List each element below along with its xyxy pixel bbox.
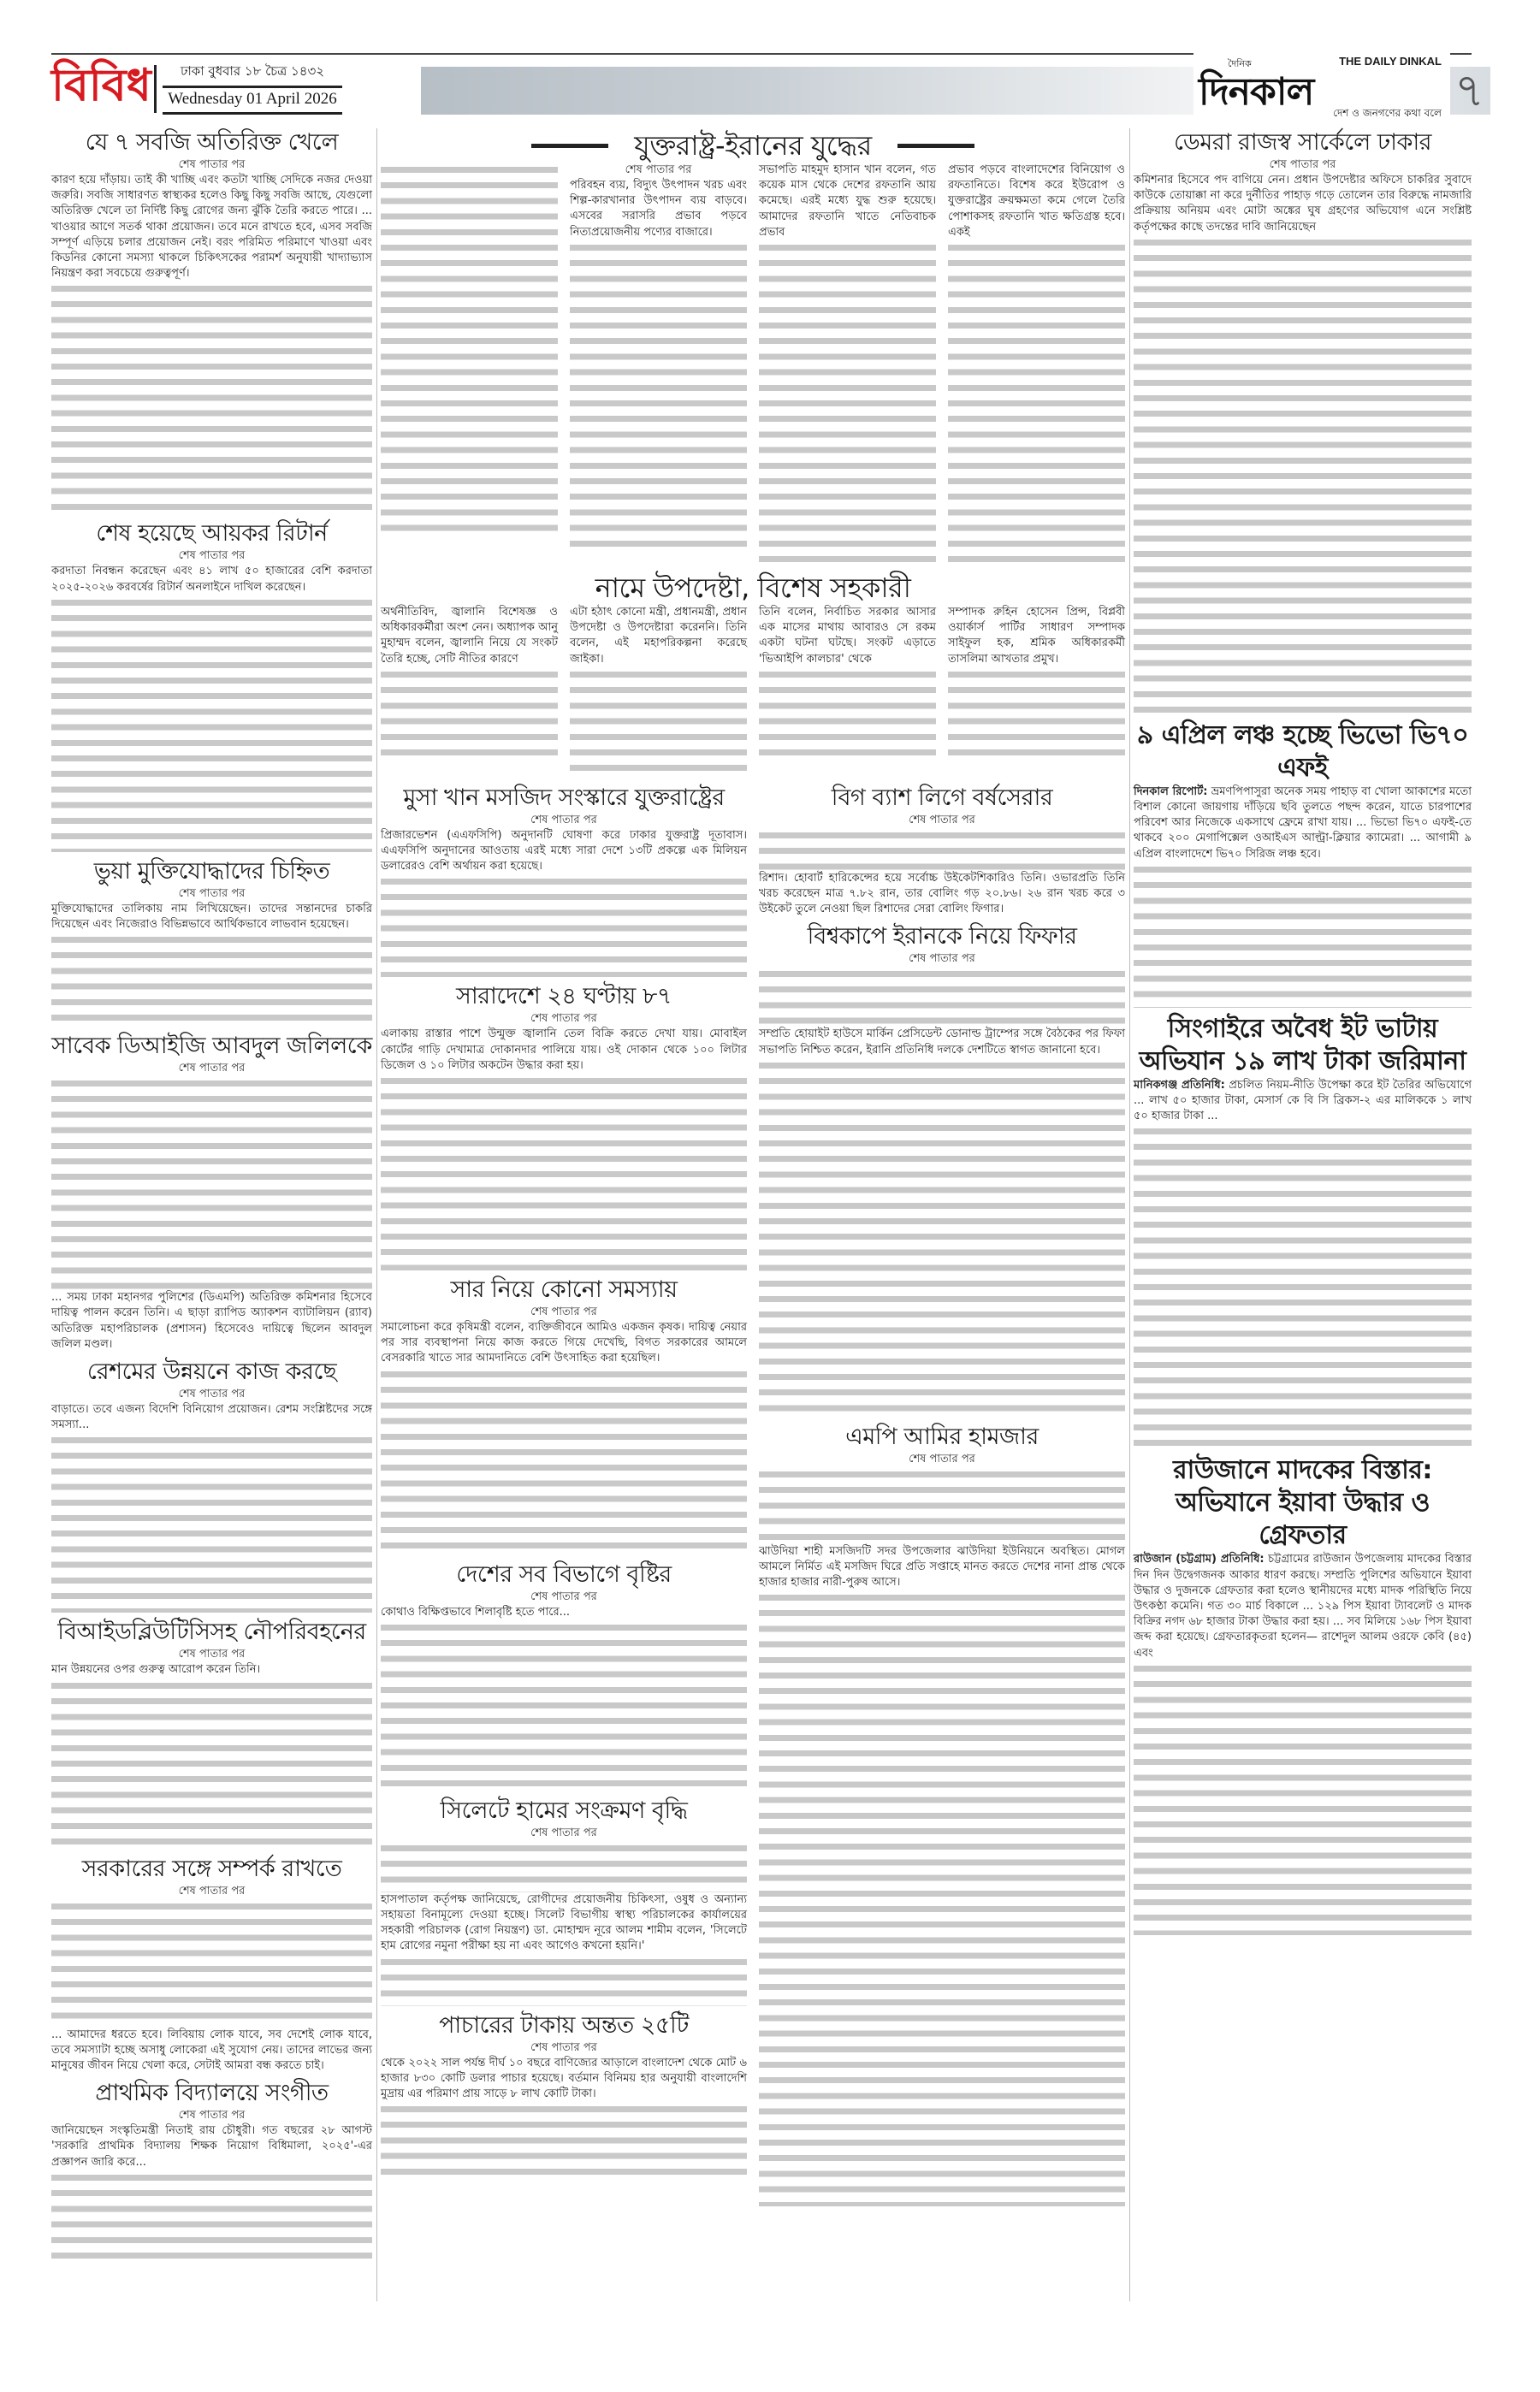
headline: রেশমের উন্নয়নে কাজ করছে: [51, 1358, 372, 1387]
headline: যুক্তরাষ্ট্র-ইরানের যুদ্ধের: [634, 128, 871, 163]
headline: সিলেটে হামের সংক্রমণ বৃদ্ধি: [381, 1797, 747, 1826]
article-body: ঝাউদিয়া শাহী মসজিদটি সদর উপজেলার ঝাউদিয…: [759, 1544, 1125, 1591]
article-body: দিনকাল রিপোর্ট: ভ্রমণপিপাসুরা অনেক সময় …: [1134, 785, 1472, 862]
article-body-left: [381, 163, 558, 539]
headline: রাউজানে মাদকের বিস্তার: অভিযানে ইয়াবা উ…: [1134, 1454, 1472, 1552]
article-vivo-launch[interactable]: ৯ এপ্রিল লঞ্চ হচ্ছে ভিভো ভি৭০ এফই দিনকাল…: [1134, 719, 1472, 1008]
article-body: কারণ হয়ে দাঁড়ায়। তাই কী খাচ্ছি এবং কত…: [51, 173, 372, 281]
section-name: বিবিধ: [51, 60, 151, 111]
headline: সার নিয়ে কোনো সমস্যায়: [381, 1276, 747, 1305]
column-rule: [376, 128, 377, 2301]
article-body-continued: [570, 667, 747, 779]
article-body-continued: [381, 1074, 747, 1270]
article-body-continued: [381, 1841, 747, 1892]
jump-label: শেষ পাতার পর: [381, 1011, 747, 1027]
article-body-continued: [51, 1076, 372, 1290]
headline: প্রাথমিক বিদ্যালয়ে সংগীত: [51, 2079, 372, 2108]
headline: সারাদেশে ২৪ ঘণ্টায় ৮৭: [381, 982, 747, 1011]
headline: ৯ এপ্রিল লঞ্চ হচ্ছে ভিভো ভি৭০ এফই: [1134, 719, 1472, 785]
newspaper-logo: দৈনিক THE DAILY DINKAL দিনকাল দেশ ও জনগণ…: [1193, 51, 1450, 123]
jump-label: শেষ পাতার পর: [1134, 157, 1472, 173]
column-left: যে ৭ সবজি অতিরিক্ত খেলে শেষ পাতার পর কার…: [51, 128, 372, 2270]
article-body: তিনি বলেন, নির্বাচিত সরকার আসার এক মাসের…: [759, 605, 936, 667]
headline: ডেমরা রাজস্ব সার্কেলে ঢাকার: [1134, 128, 1472, 157]
byline: মানিকগঞ্জ প্রতিনিধি:: [1134, 1079, 1225, 1092]
article-body: থেকে ২০২২ সাল পর্যন্ত দীর্ঘ ১০ বছরে বাণি…: [381, 2056, 747, 2103]
byline: দিনকাল রিপোর্ট:: [1134, 785, 1207, 798]
byline: রাউজান (চট্টগ্রাম) প্রতিনিধি:: [1134, 1553, 1265, 1566]
article-body: অর্থনীতিবিদ, জ্বালানি বিশেষজ্ঞ ও অধিকারক…: [381, 605, 558, 667]
article-body: সম্পাদক রুহিন হোসেন প্রিন্স, বিপ্লবী ওয়…: [948, 605, 1125, 667]
jump-label: শেষ পাতার পর: [51, 548, 372, 564]
headline: সিংগাইরে অবৈধ ইট ভাটায় অভিযান ১৯ লাখ টা…: [1134, 1013, 1472, 1078]
article-raozan-drugs[interactable]: রাউজানে মাদকের বিস্তার: অভিযানে ইয়াবা উ…: [1134, 1454, 1472, 1934]
article-body-continued: [381, 1620, 747, 1791]
article-musa-khan-mosque[interactable]: মুসা খান মসজিদ সংস্কারে যুক্তরাষ্ট্রের শ…: [381, 784, 747, 978]
article-govt-relations[interactable]: সরকারের সঙ্গে সম্পর্ক রাখতে শেষ পাতার পর…: [51, 1855, 372, 2075]
article-body-continued: [381, 2102, 747, 2179]
article-body: মানিকগঞ্জ প্রতিনিধি: প্রচলিত নিয়ম-নীতি …: [1134, 1078, 1472, 1125]
column-right: ডেমরা রাজস্ব সার্কেলে ঢাকার শেষ পাতার পর…: [1134, 128, 1472, 1940]
article-body: প্রিজারভেশন (এএফসিপি) অনুদানটি ঘোষণা করে…: [381, 828, 747, 875]
article-vegetables[interactable]: যে ৭ সবজি অতিরিক্ত খেলে শেষ পাতার পর কার…: [51, 128, 372, 514]
article-body-continued: [51, 1679, 372, 1850]
logo-tagline: দেশ ও জনগণের কথা বলে: [1333, 106, 1442, 123]
article-bbl-award[interactable]: বিগ ব্যাশ লিগে বর্ষসেরার শেষ পাতার পর রি…: [759, 784, 1125, 918]
jump-label: শেষ পাতার পর: [381, 1826, 747, 1841]
headline: এমপি আমির হামজার: [759, 1423, 1125, 1452]
headline: নামে উপদেষ্টা, বিশেষ সহকারী: [381, 571, 1125, 605]
article-body-continued: [51, 1433, 372, 1613]
article-tax-return[interactable]: শেষ হয়েছে আয়কর রিটার্ন শেষ পাতার পর কর…: [51, 519, 372, 851]
date-bengali: ঢাকা বুধবার ১৮ চৈত্র ১৪৩২: [163, 62, 342, 88]
page-number: ৭: [1454, 65, 1484, 116]
article-24-hours[interactable]: সারাদেশে ২৪ ঘণ্টায় ৮৭ শেষ পাতার পর এলাক…: [381, 982, 747, 1270]
article-fake-freedom-fighters[interactable]: ভুয়া মুক্তিযোদ্ধাদের চিহ্নিত শেষ পাতার …: [51, 857, 372, 1027]
article-body: জানিয়েছেন সংস্কৃতিমন্ত্রী নিতাই রায় চৌ…: [51, 2123, 372, 2170]
article-text: চট্টগ্রামের রাউজান উপজেলায় মাদকের বিস্ত…: [1134, 1553, 1472, 1659]
article-body: কোথাও বিক্ষিপ্তভাবে শিলাবৃষ্টি হতে পারে.…: [381, 1605, 747, 1620]
jump-label: শেষ পাতার পর: [51, 1061, 372, 1076]
article-body: মান উন্নয়নের ওপর গুরুত্ব আরোপ করেন তিনি…: [51, 1662, 372, 1678]
date-block: ঢাকা বুধবার ১৮ চৈত্র ১৪৩২ Wednesday 01 A…: [163, 62, 342, 115]
headline: বিশ্বকাপে ইরানকে নিয়ে ফিফার: [759, 922, 1125, 951]
headline: মুসা খান মসজিদ সংস্কারে যুক্তরাষ্ট্রের: [381, 784, 747, 813]
article-body-continued: [759, 967, 1125, 1027]
article-body-continued: [51, 933, 372, 1027]
headline: সাবেক ডিআইজি আবদুল জলিলকে: [51, 1032, 372, 1061]
column-rule: [1129, 128, 1130, 2301]
article-former-dig[interactable]: সাবেক ডিআইজি আবদুল জলিলকে শেষ পাতার পর .…: [51, 1032, 372, 1353]
article-primary-school-music[interactable]: প্রাথমিক বিদ্যালয়ে সংগীত শেষ পাতার পর জ…: [51, 2079, 372, 2265]
article-body-continued: [381, 874, 747, 977]
article-body: বাড়াতে। তবে এজন্য বিদেশি বিনিয়োগ প্রয়…: [51, 1402, 372, 1433]
article-demra-revenue[interactable]: ডেমরা রাজস্ব সার্কেলে ঢাকার শেষ পাতার পর…: [1134, 128, 1472, 714]
article-advisers[interactable]: নামে উপদেষ্টা, বিশেষ সহকারী অর্থনীতিবিদ,…: [381, 571, 1125, 779]
article-body-continued: [759, 1590, 1125, 2206]
article-laundered-money[interactable]: পাচারের টাকায় অন্তত ২৫টি শেষ পাতার পর থ…: [381, 2011, 747, 2180]
headline: ভুয়া মুক্তিযোদ্ধাদের চিহ্নিত: [51, 857, 372, 886]
article-body-continued: [759, 828, 1125, 871]
headline-rule: [531, 144, 608, 148]
article-body: প্রভাব পড়বে বাংলাদেশের বিনিয়োগ ও রফতান…: [948, 163, 1125, 240]
jump-label: শেষ পাতার পর: [759, 1452, 1125, 1467]
article-body: কমিশনার হিসেবে পদ বাগিয়ে নেন। প্রধান উপ…: [1134, 173, 1472, 235]
jump-label: শেষ পাতার পর: [51, 157, 372, 173]
jump-label: শেষ পাতার পর: [381, 2040, 747, 2056]
article-body: এটা হঠাৎ কোনো মন্ত্রী, প্রধানমন্ত্রী, প্…: [570, 605, 747, 667]
article-body-continued: [51, 2170, 372, 2265]
headline: যে ৭ সবজি অতিরিক্ত খেলে: [51, 128, 372, 157]
article-rain[interactable]: দেশের সব বিভাগে বৃষ্টির শেষ পাতার পর কোথ…: [381, 1560, 747, 1791]
article-measles-sylhet[interactable]: সিলেটে হামের সংক্রমণ বৃদ্ধি শেষ পাতার পর…: [381, 1797, 747, 2006]
article-biwtc[interactable]: বিআইডব্লিউটিসিসহ নৌপরিবহনের শেষ পাতার পর…: [51, 1618, 372, 1849]
article-body: এলাকায় রাস্তার পাশে উন্মুক্ত জ্বালানি ত…: [381, 1027, 747, 1074]
article-us-iran-war[interactable]: যুক্তরাষ্ট্র-ইরানের যুদ্ধের শেষ পাতার পর…: [381, 128, 1125, 565]
jump-label: শেষ পাতার পর: [759, 951, 1125, 967]
headline: দেশের সব বিভাগে বৃষ্টির: [381, 1560, 747, 1590]
jump-label: শেষ পাতার পর: [381, 1305, 747, 1320]
jump-label: শেষ পাতার পর: [51, 1387, 372, 1402]
article-body: করদাতা নিবন্ধন করেছেন এবং ৪১ লাখ ৫০ হাজা…: [51, 564, 372, 595]
masthead: বিবিধ ঢাকা বুধবার ১৮ চৈত্র ১৪৩২ Wednesda…: [51, 53, 1472, 115]
article-body-continued: [381, 1367, 747, 1555]
jump-label: শেষ পাতার পর: [381, 1590, 747, 1605]
article-body: ... সময় ঢাকা মহানগর পুলিশের (ডিএমপি) অত…: [51, 1290, 372, 1353]
article-singair-brick-kiln[interactable]: সিংগাইরে অবৈধ ইট ভাটায় অভিযান ১৯ লাখ টা…: [1134, 1013, 1472, 1450]
date-english: Wednesday 01 April 2026: [163, 88, 342, 115]
jump-label: শেষ পাতার পর: [570, 163, 747, 178]
article-body-continued: [1134, 1661, 1472, 1935]
jump-label: শেষ পাতার পর: [381, 813, 747, 828]
article-body: ... আমাদের ধরতে হবে। লিবিয়ায় লোক যাবে,…: [51, 2028, 372, 2075]
article-body-continued: [381, 667, 558, 761]
jump-label: শেষ পাতার পর: [51, 2108, 372, 2123]
article-body: মুক্তিযোদ্ধাদের তালিকায় নাম লিখিয়েছেন।…: [51, 902, 372, 933]
jump-label: শেষ পাতার পর: [759, 813, 1125, 828]
headline-rule: [897, 144, 974, 148]
headline: বিগ ব্যাশ লিগে বর্ষসেরার: [759, 784, 1125, 813]
article-body-continued: [1134, 862, 1472, 1008]
article-body-continued: [51, 595, 372, 852]
article-body-continued: [948, 667, 1125, 761]
article-mp-amir-hamza[interactable]: এমপি আমির হামজার শেষ পাতার পর ঝাউদিয়া শ…: [759, 1423, 1125, 2207]
article-silk[interactable]: রেশমের উন্নয়নে কাজ করছে শেষ পাতার পর বা…: [51, 1358, 372, 1613]
article-body: সম্প্রতি হোয়াইট হাউসে মার্কিন প্রেসিডেন…: [759, 1027, 1125, 1057]
jump-label: শেষ পাতার পর: [51, 1884, 372, 1899]
lead-headline-row: যুক্তরাষ্ট্র-ইরানের যুদ্ধের: [381, 128, 1125, 163]
article-body: রিশাদ। হোবার্ট হারিকেন্সের হয়ে সর্বোচ্চ…: [759, 871, 1125, 918]
article-fifa-iran[interactable]: বিশ্বকাপে ইরানকে নিয়ে ফিফার শেষ পাতার প…: [759, 922, 1125, 1417]
headline: বিআইডব্লিউটিসিসহ নৌপরিবহনের: [51, 1618, 372, 1647]
article-body-continued: [51, 281, 372, 514]
article-body-continued: [759, 1467, 1125, 1544]
article-body: হাসপাতাল কর্তৃপক্ষ জানিয়েছে, রোগীদের প্…: [381, 1892, 747, 1955]
article-fertilizer[interactable]: সার নিয়ে কোনো সমস্যায় শেষ পাতার পর সমা…: [381, 1276, 747, 1555]
article-body-continued: [1134, 1124, 1472, 1449]
article-body-continued: [759, 667, 936, 761]
article-body: পরিবহন ব্যয়, বিদ্যুৎ উৎপাদন খরচ এবং শিল…: [570, 178, 747, 240]
jump-label: শেষ পাতার পর: [51, 886, 372, 902]
article-body-continued: [759, 1058, 1125, 1418]
article-body-continued: [1134, 235, 1472, 714]
divider: [154, 65, 157, 113]
jump-label: শেষ পাতার পর: [51, 1647, 372, 1662]
article-body: রাউজান (চট্টগ্রাম) প্রতিনিধি: চট্টগ্রামে…: [1134, 1552, 1472, 1661]
logo-english: THE DAILY DINKAL: [1339, 55, 1442, 68]
article-body: সভাপতি মাহমুদ হাসান খান বলেন, গত কয়েক ম…: [759, 163, 936, 240]
article-body-continued: [51, 1899, 372, 2028]
article-body-continued: [759, 240, 936, 565]
headline: সরকারের সঙ্গে সম্পর্ক রাখতে: [51, 1855, 372, 1884]
article-body-continued: [948, 240, 1125, 565]
article-body-continued: [381, 1955, 747, 2006]
logo-wordmark: দিনকাল: [1199, 63, 1313, 126]
article-body-continued: [570, 240, 747, 548]
headline: শেষ হয়েছে আয়কর রিটার্ন: [51, 519, 372, 548]
article-body: সমালোচনা করে কৃষিমন্ত্রী বলেন, ব্যক্তিজী…: [381, 1320, 747, 1367]
headline: পাচারের টাকায় অন্তত ২৫টি: [381, 2011, 747, 2040]
column-middle: যুক্তরাষ্ট্র-ইরানের যুদ্ধের শেষ পাতার পর…: [381, 128, 1125, 2211]
